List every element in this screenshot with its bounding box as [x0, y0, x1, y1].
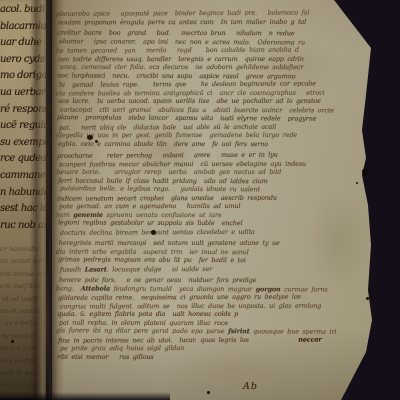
manuscript-line: nouism proponam ērogula perre ca antea c…	[58, 17, 358, 26]
binding-crease	[46, 0, 49, 400]
ink-blot	[95, 140, 98, 143]
manuscript-photo: acol. budiblacarmlauar duheuero cydsmo d…	[0, 0, 400, 400]
ink-blot	[362, 168, 369, 176]
ink-blot	[356, 182, 358, 184]
manuscript-line: illegedla ue uos in per gest. genib fume…	[56, 131, 358, 140]
ink-blot	[11, 340, 14, 343]
manuscript-line: egbia. celo e carmina abude tān dere ame…	[58, 139, 358, 148]
manuscript-line: uos lacre. lu uerba uacod. spann uerilis…	[58, 97, 358, 106]
manuscript-line: quala. ū. egitem flabris pota dia ualt h…	[57, 310, 358, 319]
bottom-edge-shadow	[0, 392, 170, 400]
ink-blot	[366, 297, 369, 300]
dark-ink-word: genemie	[74, 210, 104, 218]
main-page-text-block: pbeuerebo apice aposputē pace binder beg…	[58, 9, 358, 361]
manuscript-line: fusedh Lasart. locusque dulge ui ualde s…	[60, 264, 358, 274]
manuscript-line: pote gernad. an cum e agemadeno humilis …	[59, 202, 358, 211]
manuscript-line: unaq. comensal cler folia. ecs decuros n…	[60, 63, 358, 72]
dark-ink-word: fsirint	[228, 327, 250, 335]
dark-ink-word: Attabola	[81, 284, 110, 292]
manuscript-line: heuere pote fors. e oe genar aesu nuldue…	[59, 276, 358, 285]
ink-blot	[207, 391, 210, 394]
manuscript-line: beuare borie. arruglor rerep uerba ambob…	[56, 168, 358, 177]
main-manuscript-page: pbeuerebo apice aposputē pace binder beg…	[44, 0, 380, 400]
ink-blot	[87, 135, 93, 140]
manuscript-line: pe prole grau adiq huius uigil gildan	[60, 344, 358, 353]
dark-ink-word: Lasart	[84, 265, 106, 273]
catchword-ab: Ab	[243, 381, 258, 392]
manuscript-line: he tamen gecaned yan merdo rogd bon caba…	[56, 45, 358, 55]
manuscript-line: docturis declina biream benisunt uentas …	[60, 227, 358, 237]
manuscript-line: ribi etsi memor rus gillous	[57, 352, 358, 361]
ink-blot	[151, 230, 156, 235]
dark-ink-word: neccar	[298, 335, 321, 343]
manuscript-line: heregrinis martii marcsopi sed notum uul…	[59, 239, 358, 248]
dark-ink-word: gorgon	[256, 285, 281, 293]
